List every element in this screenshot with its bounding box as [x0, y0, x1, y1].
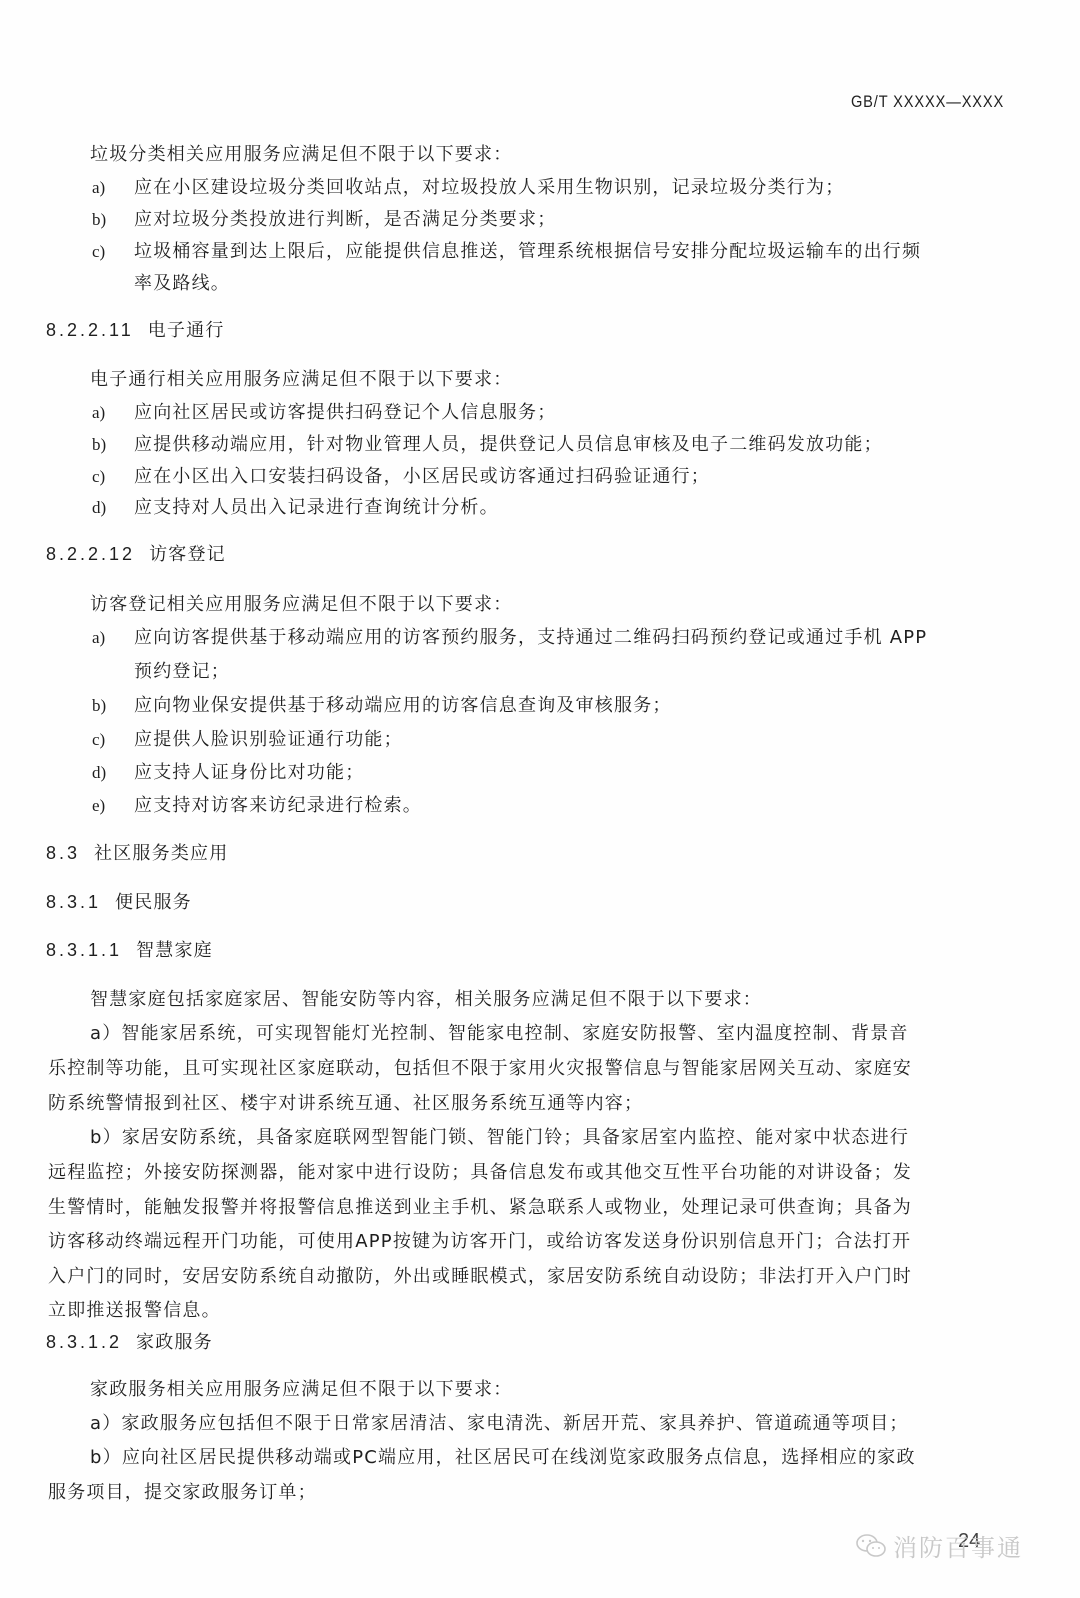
paragraph-line: 访客移动终端远程开门功能，可使用APP按键为访客开门，或给访客发送身份识别信息开… [48, 1230, 911, 1254]
list-label: c) [92, 465, 105, 489]
list-label: b) [92, 433, 106, 457]
list-item: 应支持人证身份比对功能； [134, 761, 364, 785]
list-item: 应对垃圾分类投放进行判断，是否满足分类要求； [134, 208, 556, 232]
list-label: d) [92, 496, 106, 520]
list-label: e) [92, 794, 105, 818]
paragraph-line: 入户门的同时，安居安防系统自动撤防，外出或睡眠模式，家居安防系统自动设防；非法打… [48, 1265, 912, 1289]
section-number: 8.3.1.1 [46, 940, 122, 960]
list-item: 应向物业保安提供基于移动端应用的访客信息查询及审核服务； [134, 694, 672, 718]
paragraph-line: 生警情时，能触发报警并将报警信息推送到业主手机、紧急联系人或物业，处理记录可供查… [48, 1196, 912, 1220]
section-heading: 8.3社区服务类应用 [46, 841, 228, 866]
list-item: 应向社区居民或访客提供扫码登记个人信息服务； [134, 401, 556, 425]
section-title: 电子通行 [148, 320, 225, 341]
list-label: a) [92, 176, 105, 200]
paragraph-line: 远程监控；外接安防探测器，能对家中进行设防；具备信息发布或其他交互性平台功能的对… [48, 1161, 912, 1185]
paragraph-line: b）应向社区居民提供移动端或PC端应用，社区居民可在线浏览家政服务点信息，选择相… [90, 1446, 916, 1470]
list-item: 垃圾桶容量到达上限后，应能提供信息推送，管理系统根据信号安排分配垃圾运输车的出行… [134, 240, 921, 264]
paragraph-intro: 访客登记相关应用服务应满足但不限于以下要求： [90, 593, 512, 617]
section-heading: 8.3.1便民服务 [46, 890, 192, 915]
section-title: 访客登记 [149, 544, 226, 565]
list-label: c) [92, 728, 105, 752]
watermark-text: 消防百事通 [893, 1528, 1023, 1563]
section-heading: 8.3.1.2家政服务 [46, 1330, 213, 1355]
standard-code: GB/T XXXXX—XXXX [851, 92, 1004, 112]
section-number: 8.2.2.11 [46, 320, 134, 340]
section-title: 智慧家庭 [136, 940, 213, 961]
paragraph-line: b）家居安防系统，具备家庭联网型智能门锁、智能门铃；具备家居室内监控、能对家中状… [90, 1126, 909, 1150]
section-number: 8.3.1 [46, 892, 101, 912]
document-page: GB/T XXXXX—XXXX 垃圾分类相关应用服务应满足但不限于以下要求： a… [0, 0, 1080, 1598]
paragraph-line: 智慧家庭包括家庭家居、智能安防等内容，相关服务应满足但不限于以下要求： [90, 988, 762, 1012]
list-item: 应支持对访客来访纪录进行检索。 [134, 794, 422, 818]
section-heading: 8.3.1.1智慧家庭 [46, 938, 213, 963]
list-item: 应提供人脸识别验证通行功能； [134, 728, 403, 752]
paragraph-intro: 电子通行相关应用服务应满足但不限于以下要求： [90, 368, 512, 392]
list-label: d) [92, 761, 106, 785]
section-title: 社区服务类应用 [94, 843, 228, 864]
watermark: 消防百事通 [855, 1528, 1023, 1563]
section-number: 8.2.2.12 [46, 544, 135, 564]
list-label: c) [92, 240, 105, 264]
list-label: a) [92, 626, 105, 650]
paragraph-line: a）家政服务应包括但不限于日常家居清洁、家电清洗、新居开荒、家具养护、管道疏通等… [90, 1412, 909, 1436]
section-number: 8.3 [46, 843, 80, 863]
section-heading: 8.2.2.11电子通行 [46, 318, 225, 343]
list-item-continuation: 率及路线。 [134, 272, 230, 296]
section-title: 便民服务 [115, 892, 192, 913]
paragraph-line: 立即推送报警信息。 [48, 1299, 221, 1323]
paragraph-line: 家政服务相关应用服务应满足但不限于以下要求： [90, 1378, 512, 1402]
list-item: 应在小区出入口安装扫码设备，小区居民或访客通过扫码验证通行； [134, 465, 710, 489]
paragraph-line: 服务项目，提交家政服务订单； [48, 1481, 317, 1505]
list-item-continuation: 预约登记； [134, 660, 230, 684]
paragraph-line: a）智能家居系统，可实现智能灯光控制、智能家电控制、家庭安防报警、室内温度控制、… [90, 1022, 909, 1046]
paragraph-line: 防系统警情报到社区、楼宇对讲系统互通、社区服务系统互通等内容； [48, 1092, 643, 1116]
wechat-icon [855, 1532, 887, 1560]
list-label: b) [92, 694, 106, 718]
list-item: 应支持对人员出入记录进行查询统计分析。 [134, 496, 499, 520]
list-item: 应提供移动端应用，针对物业管理人员，提供登记人员信息审核及电子二维码发放功能； [134, 433, 883, 457]
paragraph-intro: 垃圾分类相关应用服务应满足但不限于以下要求： [90, 143, 512, 167]
list-label: b) [92, 208, 106, 232]
paragraph-line: 乐控制等功能，且可实现社区家庭联动，包括但不限于家用火灾报警信息与智能家居网关互… [48, 1057, 912, 1081]
list-item: 应在小区建设垃圾分类回收站点，对垃圾投放人采用生物识别，记录垃圾分类行为； [134, 176, 844, 200]
list-label: a) [92, 401, 105, 425]
section-heading: 8.2.2.12访客登记 [46, 542, 226, 567]
list-item: 应向访客提供基于移动端应用的访客预约服务，支持通过二维码扫码预约登记或通过手机 … [134, 626, 927, 650]
section-title: 家政服务 [136, 1332, 213, 1353]
section-number: 8.3.1.2 [46, 1332, 122, 1352]
